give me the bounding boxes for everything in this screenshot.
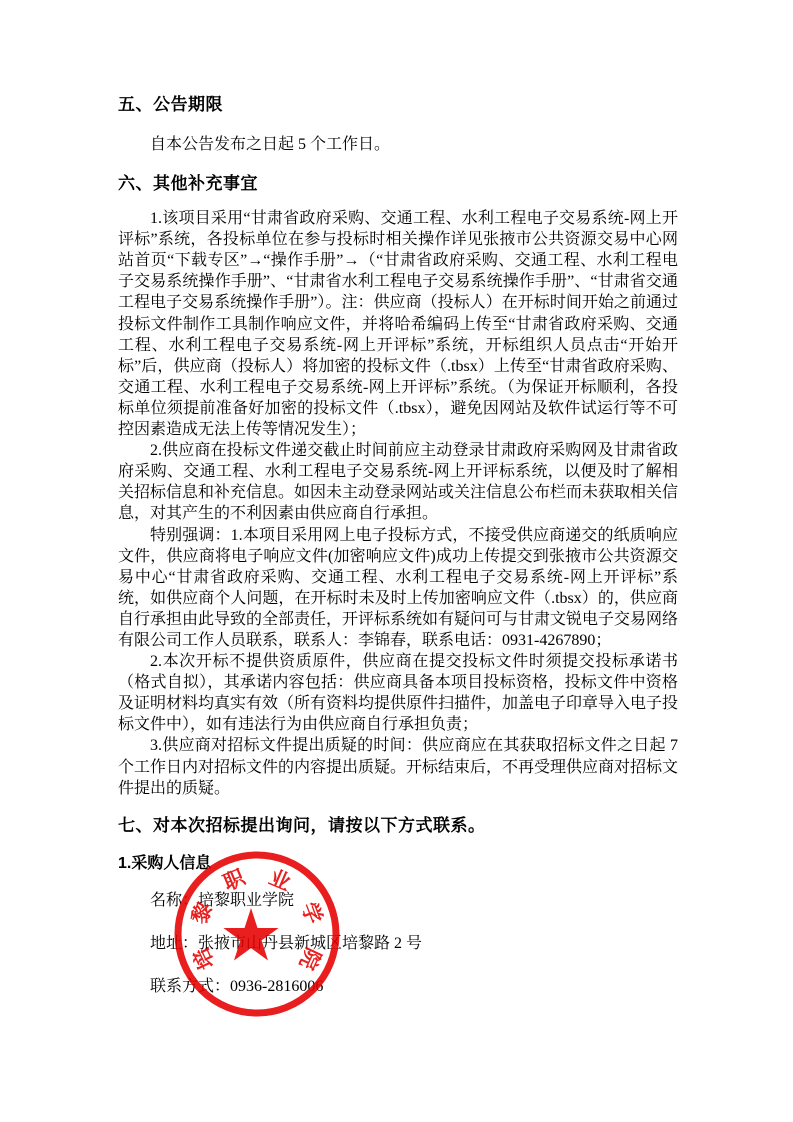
section-6-paragraph-4: 2.本次开标不提供资质原件，供应商在提交投标文件时须提交投标承诺书（格式自拟），… <box>118 651 678 735</box>
section-6-heading: 六、其他补充事宜 <box>118 173 678 195</box>
section-6-paragraph-3: 特别强调：1.本项目采用网上电子投标方式，不接受供应商递交的纸质响应文件，供应商… <box>118 525 678 652</box>
document-page: 五、公告期限 自本公告发布之日起 5 个工作日。 六、其他补充事宜 1.该项目采… <box>0 0 793 1122</box>
purchaser-address-line: 地址：张掖市山丹县新城区培黎路 2 号 <box>118 933 678 954</box>
section-7-heading: 七、对本次招标提出询问，请按以下方式联系。 <box>118 815 678 837</box>
section-5-heading: 五、公告期限 <box>118 94 678 116</box>
purchaser-contact-line: 联系方式：0936-2816006 <box>118 976 678 997</box>
section-5-paragraph: 自本公告发布之日起 5 个工作日。 <box>118 134 678 155</box>
purchaser-info-heading: 1.采购人信息 <box>118 853 678 875</box>
section-6-paragraph-2: 2.供应商在投标文件递交截止时间前应主动登录甘肃政府采购网及甘肃省政府采购、交通… <box>118 440 678 524</box>
purchaser-name-line: 名称：培黎职业学院 <box>118 890 678 911</box>
document-content: 五、公告期限 自本公告发布之日起 5 个工作日。 六、其他补充事宜 1.该项目采… <box>118 94 678 997</box>
section-6-paragraph-5: 3.供应商对招标文件提出质疑的时间：供应商应在其获取招标文件之日起 7 个工作日… <box>118 735 678 798</box>
section-6-paragraphs: 1.该项目采用“甘肃省政府采购、交通工程、水利工程电子交易系统-网上开评标”系统… <box>118 208 678 799</box>
section-6-paragraph-1: 1.该项目采用“甘肃省政府采购、交通工程、水利工程电子交易系统-网上开评标”系统… <box>118 208 678 440</box>
